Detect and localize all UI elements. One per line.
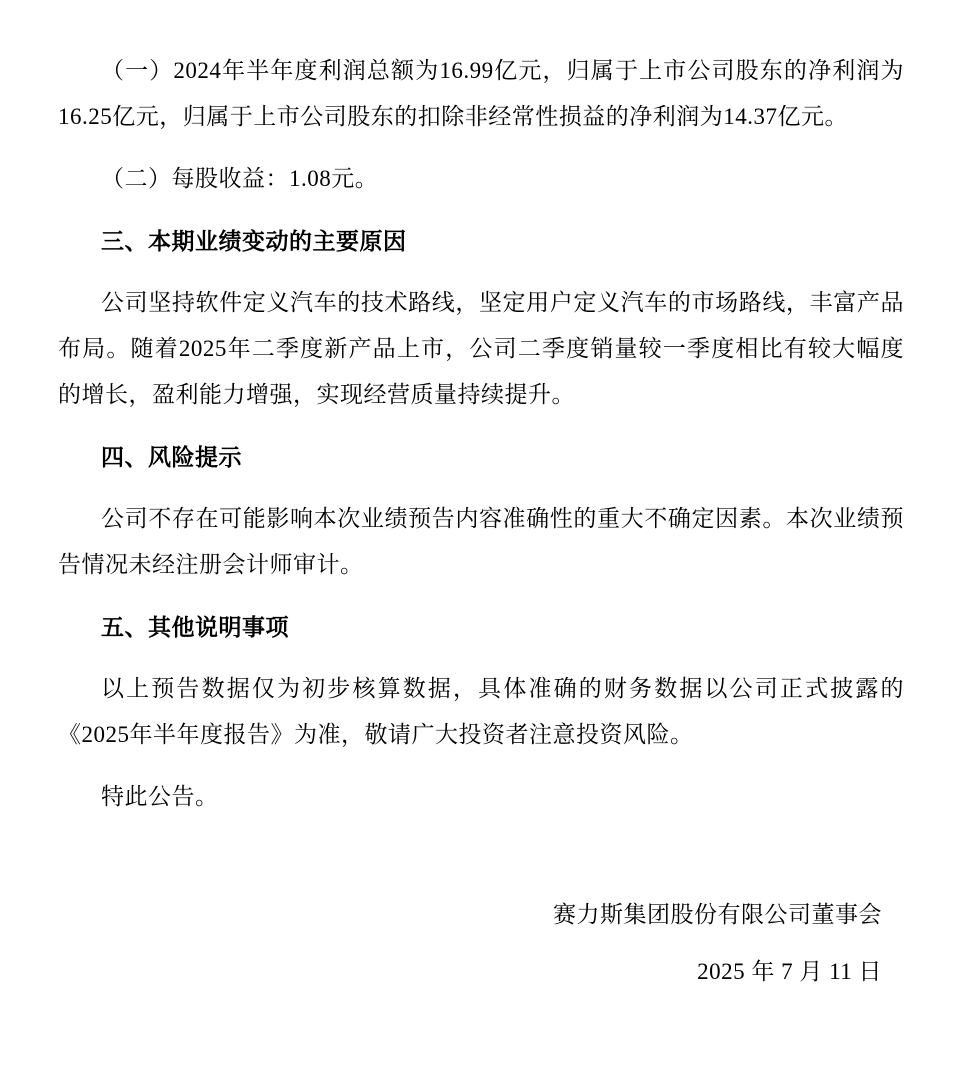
paragraph-earnings-per-share: （二）每股收益：1.08元。	[58, 156, 904, 202]
paragraph-profit-summary: （一）2024年半年度利润总额为16.99亿元，归属于上市公司股东的净利润为16…	[58, 48, 904, 140]
paragraph-other-notes: 以上预告数据仅为初步核算数据，具体准确的财务数据以公司正式披露的《2025年半年…	[58, 666, 904, 758]
heading-risk-notice: 四、风险提示	[58, 434, 904, 480]
paragraph-performance-change-reasons: 公司坚持软件定义汽车的技术路线，坚定用户定义汽车的市场路线，丰富产品布局。随着2…	[58, 280, 904, 418]
paragraph-closing-announcement: 特此公告。	[58, 774, 904, 820]
heading-other-notes: 五、其他说明事项	[58, 604, 904, 650]
signature-block: 赛力斯集团股份有限公司董事会 2025 年 7 月 11 日	[58, 892, 904, 995]
document-page: （一）2024年半年度利润总额为16.99亿元，归属于上市公司股东的净利润为16…	[0, 0, 966, 1090]
heading-performance-change-reasons: 三、本期业绩变动的主要原因	[58, 218, 904, 264]
paragraph-risk-notice: 公司不存在可能影响本次业绩预告内容准确性的重大不确定因素。本次业绩预告情况未经注…	[58, 496, 904, 588]
signature-date: 2025 年 7 月 11 日	[58, 949, 882, 995]
signature-issuer: 赛力斯集团股份有限公司董事会	[58, 892, 882, 938]
